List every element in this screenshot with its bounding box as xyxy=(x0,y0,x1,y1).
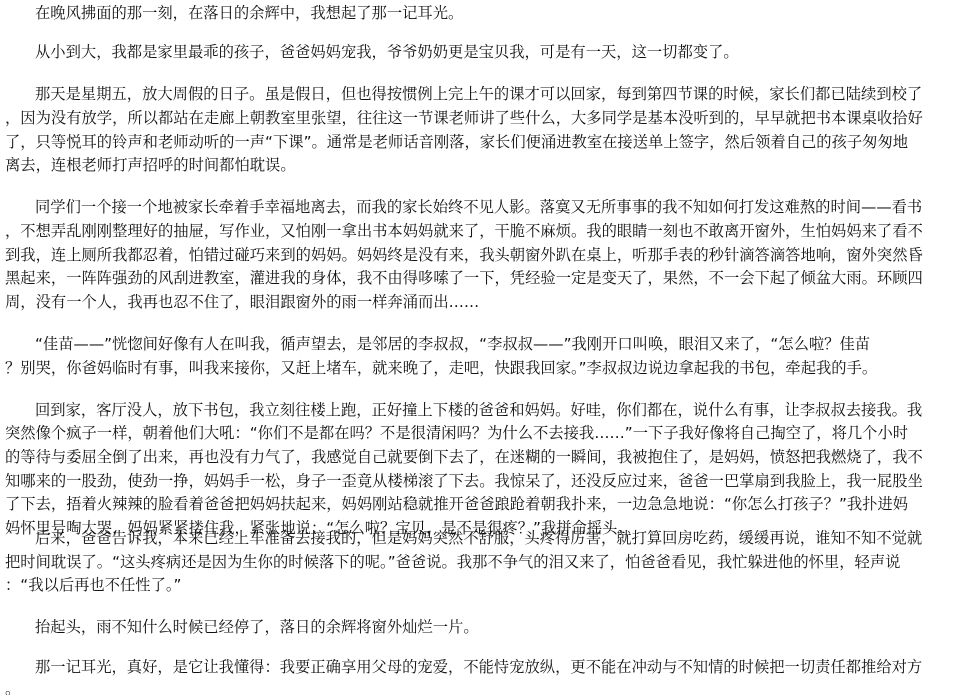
paragraph-6-line-3: 的等待与委屈全倒了出来，再也没有力气了，我感觉自己就要倒下去了，在迷糊的一瞬间，… xyxy=(5,447,923,467)
paragraph-4-line-4: 黑起来，一阵阵强劲的风刮进教室，灌进我的身体，我不由得哆嗦了一下，凭经验一定是变… xyxy=(5,268,923,288)
paragraph-7-line-3: ：“我以后再也不任性了。” xyxy=(5,575,181,595)
paragraph-1-line-1: 在晚风拂面的那一刻，在落日的余辉中，我想起了那一记耳光。 xyxy=(35,3,463,23)
paragraph-4-line-1: 同学们一个接一个地被家长牵着手幸福地离去，而我的家长始终不见人影。落寞又无所事事… xyxy=(35,197,922,217)
paragraph-2-line-1: 从小到大，我都是家里最乖的孩子，爸爸妈妈宠我，爷爷奶奶更是宝贝我，可是有一天，这… xyxy=(35,42,739,62)
paragraph-6-line-2: 突然像个疯子一样，朝着他们大吼：“你们不是都在吗？不是很清闲吗？为什么不去接我…… xyxy=(5,423,908,443)
paragraph-4-line-3: 到我，连上厕所我都忍着，怕错过碰巧来到的妈妈。妈妈终是没有来，我头朝窗外趴在桌上… xyxy=(5,245,923,265)
paragraph-3-line-1: 那天是星期五，放大周假的日子。虽是假日，但也得按惯例上完上午的课才可以回家，每到… xyxy=(35,84,922,104)
paragraph-5-line-2: ？别哭，你爸妈临时有事，叫我来接你，又赶上堵车，就来晚了，走吧，快跟我回家。”李… xyxy=(5,358,877,378)
paragraph-3-line-2: ，因为没有放学，所以都站在走廊上朝教室里张望，往往这一节课老师讲了些什么，大多同… xyxy=(5,108,923,128)
paragraph-9-line-1: 那一记耳光，真好，是它让我懂得：我要正确享用父母的宠爱，不能恃宠放纵，更不能在冲… xyxy=(35,657,922,677)
paragraph-6-line-5: 了下去，捂着火辣辣的脸看着爸爸把妈妈扶起来，妈妈刚站稳就推开爸爸踉跄着朝我扑来，… xyxy=(5,494,908,514)
paragraph-7-line-1: 后来，爸爸告诉我，本来已经上车准备去接我的，但是妈妈突然不舒服，头疼得厉害，就打… xyxy=(35,528,922,548)
paragraph-3-line-4: 离去，连根老师打声招呼的时间都怕耽误。 xyxy=(5,155,296,175)
paragraph-5-line-1: “佳苗——”恍惚间好像有人在叫我，循声望去，是邻居的李叔叔，“李叔叔——”我刚开… xyxy=(35,334,870,354)
paragraph-6-line-1: 回到家，客厅没人，放下书包，我立刻往楼上跑，正好撞上下楼的爸爸和妈妈。好哇，你们… xyxy=(35,400,922,420)
paragraph-7-line-2: 把时间耽误了。“这头疼病还是因为生你的时候落下的呢。”爸爸说。我那不争气的泪又来… xyxy=(5,552,900,572)
paragraph-6-line-4: 知哪来的一股劲，使劲一挣，妈妈手一松，身子一歪竟从楼梯滚了下去。我惊呆了，还没反… xyxy=(5,471,923,491)
paragraph-9-line-2: 。 xyxy=(5,679,20,695)
paragraph-3-line-3: 了，只等悦耳的铃声和老师动听的一声“下课”。通常是老师话音刚落，家长们便涌进教室… xyxy=(5,132,908,152)
paragraph-4-line-5: 周，没有一个人，我再也忍不住了，眼泪跟窗外的雨一样奔涌而出…… xyxy=(5,292,479,312)
paragraph-4-line-2: ，不想弄乱刚刚整理好的抽屉，写作业，又怕刚一拿出书本妈妈就来了，干脆不麻烦。我的… xyxy=(5,221,923,241)
paragraph-8-line-1: 抬起头，雨不知什么时候已经停了，落日的余辉将窗外灿烂一片。 xyxy=(35,617,479,637)
